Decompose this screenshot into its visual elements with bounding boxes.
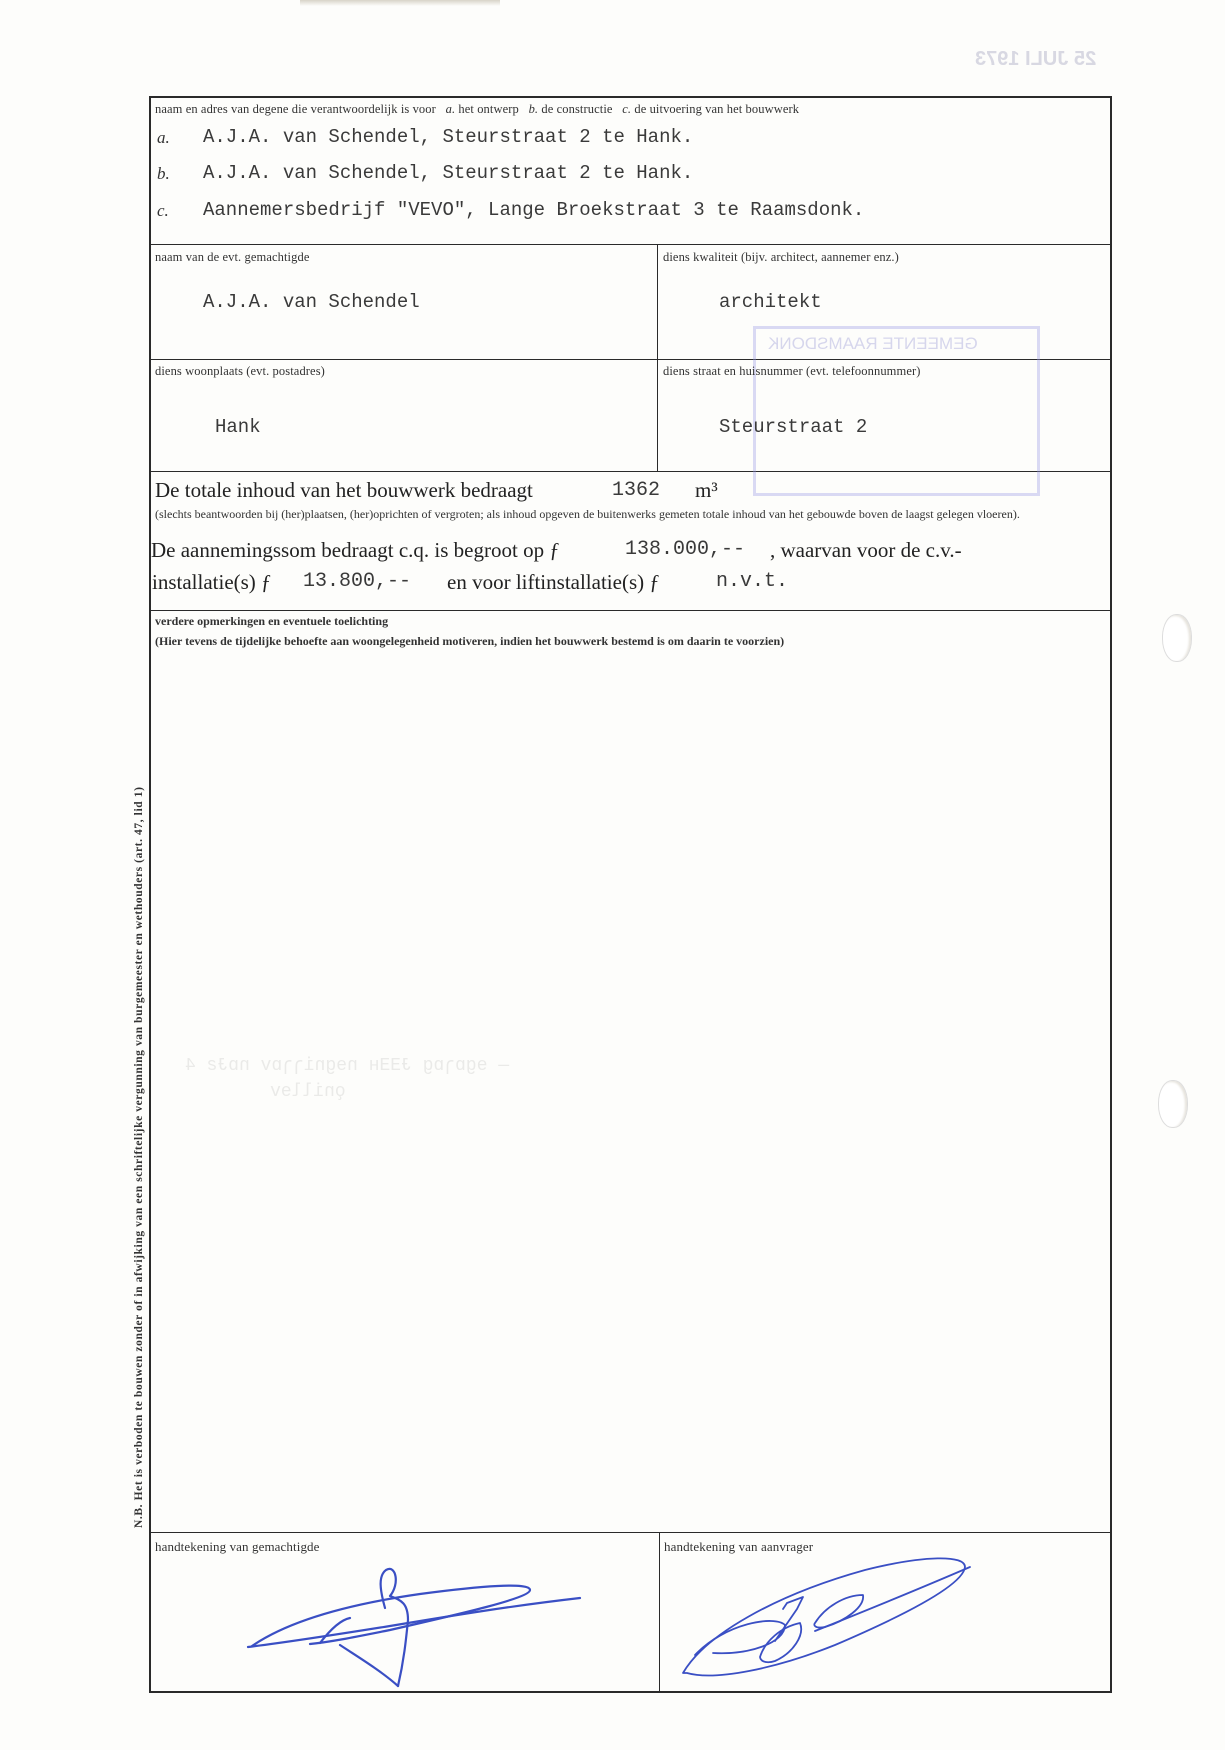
contract-sum-value: 138.000,-- bbox=[625, 538, 745, 561]
entry-letter-b: b. bbox=[157, 164, 170, 184]
street-label: diens straat en huisnummer (evt. telefoo… bbox=[663, 364, 921, 379]
applicant-signature bbox=[665, 1545, 985, 1695]
agent-signature bbox=[230, 1560, 610, 1690]
date-stamp: 25 JULI 1973 bbox=[975, 48, 1096, 71]
agent-signature-label: handtekening van gemachtigde bbox=[155, 1539, 320, 1555]
remarks-sublabel: (Hier tevens de tijdelijke behoefte aan … bbox=[155, 634, 784, 649]
residence-value: Hank bbox=[215, 416, 261, 438]
volume-value: 1362 bbox=[612, 479, 660, 502]
municipal-stamp-text: GEMEENTE RAAMSDONK bbox=[768, 334, 978, 354]
column-divider bbox=[659, 1532, 660, 1693]
contract-sum-label: De aannemingssom bedraagt c.q. is begroo… bbox=[151, 538, 560, 563]
divider bbox=[149, 244, 1112, 245]
entry-letter-c: c. bbox=[157, 201, 169, 221]
punch-hole-top bbox=[1162, 614, 1192, 662]
responsible-label: naam en adres van degene die verantwoord… bbox=[155, 102, 799, 117]
contract-sum-label-cont: , waarvan voor de c.v.- bbox=[770, 538, 962, 563]
volume-label: De totale inhoud van het bouwwerk bedraa… bbox=[155, 478, 533, 503]
residence-label: diens woonplaats (evt. postadres) bbox=[155, 364, 325, 379]
column-divider bbox=[657, 244, 658, 471]
responsible-construction-value: A.J.A. van Schendel, Steurstraat 2 te Ha… bbox=[203, 162, 693, 184]
divider bbox=[149, 610, 1112, 611]
remarks-field bbox=[155, 656, 1105, 1526]
street-value: Steurstraat 2 bbox=[719, 416, 867, 438]
punch-hole-bottom bbox=[1158, 1080, 1188, 1128]
authorized-quality-label: diens kwaliteit (bijv. architect, aannem… bbox=[663, 250, 899, 265]
authorized-name-label: naam van de evt. gemachtigde bbox=[155, 250, 309, 265]
authorized-quality-value: architekt bbox=[719, 291, 822, 313]
remarks-label: verdere opmerkingen en eventuele toelich… bbox=[155, 614, 388, 629]
responsible-execution-value: Aannemersbedrijf "VEVO", Lange Broekstra… bbox=[203, 199, 864, 221]
lift-installation-label: en voor liftinstallatie(s) ƒ bbox=[447, 570, 660, 595]
legal-side-note: N.B. Het is verboden te bouwen zonder of… bbox=[133, 786, 145, 1528]
volume-note: (slechts beantwoorden bij (her)plaatsen,… bbox=[155, 506, 1105, 522]
responsible-design-value: A.J.A. van Schendel, Steurstraat 2 te Ha… bbox=[203, 126, 693, 148]
cv-installation-label: installatie(s) ƒ bbox=[152, 570, 272, 595]
page-edge-shadow bbox=[300, 0, 500, 6]
volume-unit: m³ bbox=[695, 478, 718, 503]
lift-installation-value: n.v.t. bbox=[716, 570, 788, 593]
divider bbox=[149, 1532, 1112, 1533]
entry-letter-a: a. bbox=[157, 128, 170, 148]
cv-installation-value: 13.800,-- bbox=[303, 570, 411, 593]
authorized-name-value: A.J.A. van Schendel bbox=[203, 291, 420, 313]
